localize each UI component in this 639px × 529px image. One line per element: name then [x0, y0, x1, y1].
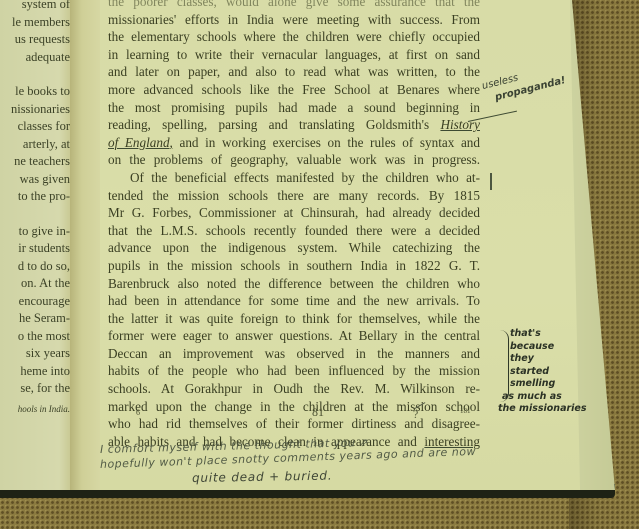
- left-line: heme into: [0, 363, 70, 381]
- book-gutter: [70, 0, 104, 490]
- annotation-line: they: [510, 353, 587, 366]
- left-page-text: system of le members us requests adequat…: [0, 0, 70, 420]
- text-line: schools. At Gorakhpur in Oudh the Rev. M…: [108, 380, 480, 398]
- left-line: adequate: [0, 49, 70, 67]
- text-line: missionaries' efforts in India were meet…: [108, 11, 480, 29]
- text-line: Of the beneficial effects manifested by …: [108, 169, 480, 187]
- margin-annotation-side: that's because they started smelling as …: [510, 328, 587, 416]
- handwritten-question-mark: ?: [413, 407, 418, 422]
- left-line: ir students: [0, 240, 70, 258]
- left-line: to the pro-: [0, 188, 70, 206]
- left-line: d to do so,: [0, 258, 70, 276]
- text-line: advance upon the indigenous system. Whil…: [108, 239, 480, 257]
- left-line: encourage: [0, 293, 70, 311]
- annotation-line: as much as: [502, 391, 587, 404]
- annotation-line: that's: [510, 328, 587, 341]
- text-line: the poorer classes, would alone give som…: [108, 0, 480, 11]
- paragraph-gap: [0, 66, 70, 83]
- margin-tick: [490, 173, 492, 190]
- left-page: system of le members us requests adequat…: [0, 0, 74, 490]
- text-line: in learning to write their vernacular la…: [108, 46, 480, 64]
- left-line: se, for the: [0, 380, 70, 398]
- footer-note-left: 6: [136, 408, 140, 417]
- text-line: Deccan an improvement was observed in th…: [108, 345, 480, 363]
- text-segment: and in working exercises on the rules of…: [173, 135, 480, 150]
- text-line: and later on paper, and also to read wha…: [108, 63, 480, 81]
- footer-note-right: 181: [460, 407, 471, 415]
- text-line: the latter it was quite foreign to think…: [108, 310, 480, 328]
- left-line: arterly, at: [0, 136, 70, 154]
- annotation-line: started: [510, 366, 587, 379]
- annotation-line: smelling: [510, 378, 587, 391]
- left-line: o the most: [0, 328, 70, 346]
- text-line: pupils in the mission schools in souther…: [108, 257, 480, 275]
- left-line: was given: [0, 171, 70, 189]
- text-line: of England, and in working exercises on …: [108, 134, 480, 152]
- text-line: more advanced schools like the Free Scho…: [108, 81, 480, 99]
- annotation-line: the missionaries: [498, 403, 587, 416]
- left-line: system of: [0, 0, 70, 14]
- left-footnote: hools in India.: [0, 398, 70, 420]
- left-line: six years: [0, 345, 70, 363]
- left-line: classes for: [0, 118, 70, 136]
- left-line: he Seram-: [0, 310, 70, 328]
- left-line: on. At the: [0, 275, 70, 293]
- page-number: 81: [312, 405, 324, 420]
- right-page-text: the poorer classes, would alone give som…: [108, 0, 480, 450]
- underlined-book-title: of England,: [108, 135, 173, 150]
- annotation-line: because: [510, 341, 587, 354]
- left-line: us requests: [0, 31, 70, 49]
- text-line: the most promising pupils had made a sou…: [108, 99, 480, 117]
- left-line: ne teachers: [0, 153, 70, 171]
- text-line: former were eager to answer questions. A…: [108, 327, 480, 345]
- text-line: tended the mission schools there are man…: [108, 187, 480, 205]
- text-line: habits of the people who had been influe…: [108, 362, 480, 380]
- left-line: to give in-: [0, 223, 70, 241]
- text-segment: reading, spelling, parsing and translati…: [108, 117, 440, 132]
- left-line: le members: [0, 14, 70, 32]
- left-line: nissionaries: [0, 101, 70, 119]
- bottom-annotation-line: quite dead + buried.: [192, 468, 333, 486]
- text-line: Mr G. Forbes, Commissioner at Chinsurah,…: [108, 204, 480, 222]
- text-line: that the L.M.S. schools recently founded…: [108, 222, 480, 240]
- left-line: le books to: [0, 83, 70, 101]
- paragraph-gap: [0, 206, 70, 223]
- page-footer: 6 81 ? 181: [108, 405, 488, 421]
- text-line: had been in attendance for some time and…: [108, 292, 480, 310]
- text-line: reading, spelling, parsing and translati…: [108, 116, 480, 134]
- text-line: on the problems of geography, valuable w…: [108, 151, 480, 169]
- text-line: Barenbruck also noted the difference bet…: [108, 275, 480, 293]
- text-line: the elementary schools where the childre…: [108, 28, 480, 46]
